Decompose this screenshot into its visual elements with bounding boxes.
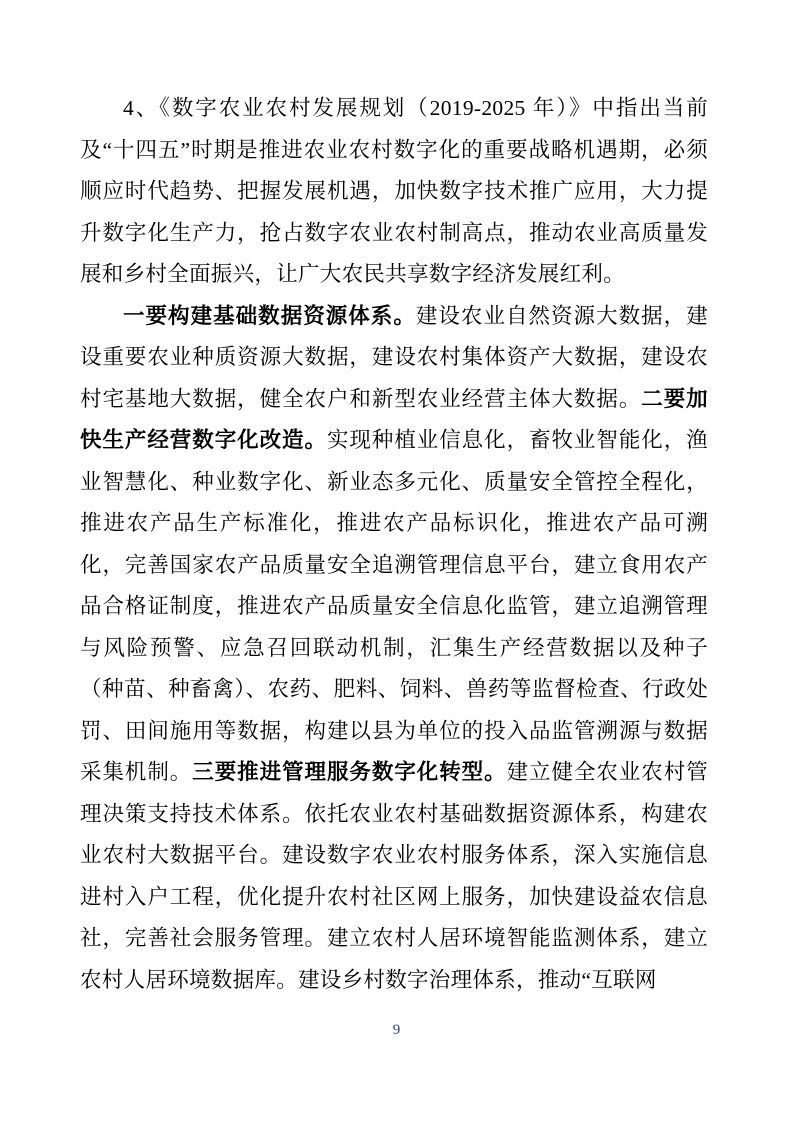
text-run: 实现种植业信息化，畜牧业智能化，渔业智慧化、种业数字化、新业态多元化、质量安全管… (80, 428, 708, 784)
text-run: 建立健全农业农村管理决策支持技术体系。依托农业农村基础数据资源体系，构建农业农村… (80, 760, 708, 992)
paragraph-1: 4、《数字农业农村发展规划（2019-2025 年）》中指出当前及“十四五”时期… (80, 88, 708, 296)
text-run-bold: 三要推进管理服务数字化转型。 (192, 760, 506, 784)
paragraph-2: 一要构建基础数据资源体系。建设农业自然资源大数据，建设重要农业种质资源大数据，建… (80, 296, 708, 1002)
document-body: 4、《数字农业农村发展规划（2019-2025 年）》中指出当前及“十四五”时期… (80, 88, 708, 1001)
text-run-bold: 一要构建基础数据资源体系。 (123, 304, 416, 328)
page-number: 9 (0, 1020, 793, 1040)
text-run: 4、《数字农业农村发展规划（2019-2025 年）》中指出当前及“十四五”时期… (80, 96, 708, 286)
document-page: 4、《数字农业农村发展规划（2019-2025 年）》中指出当前及“十四五”时期… (0, 0, 793, 1122)
